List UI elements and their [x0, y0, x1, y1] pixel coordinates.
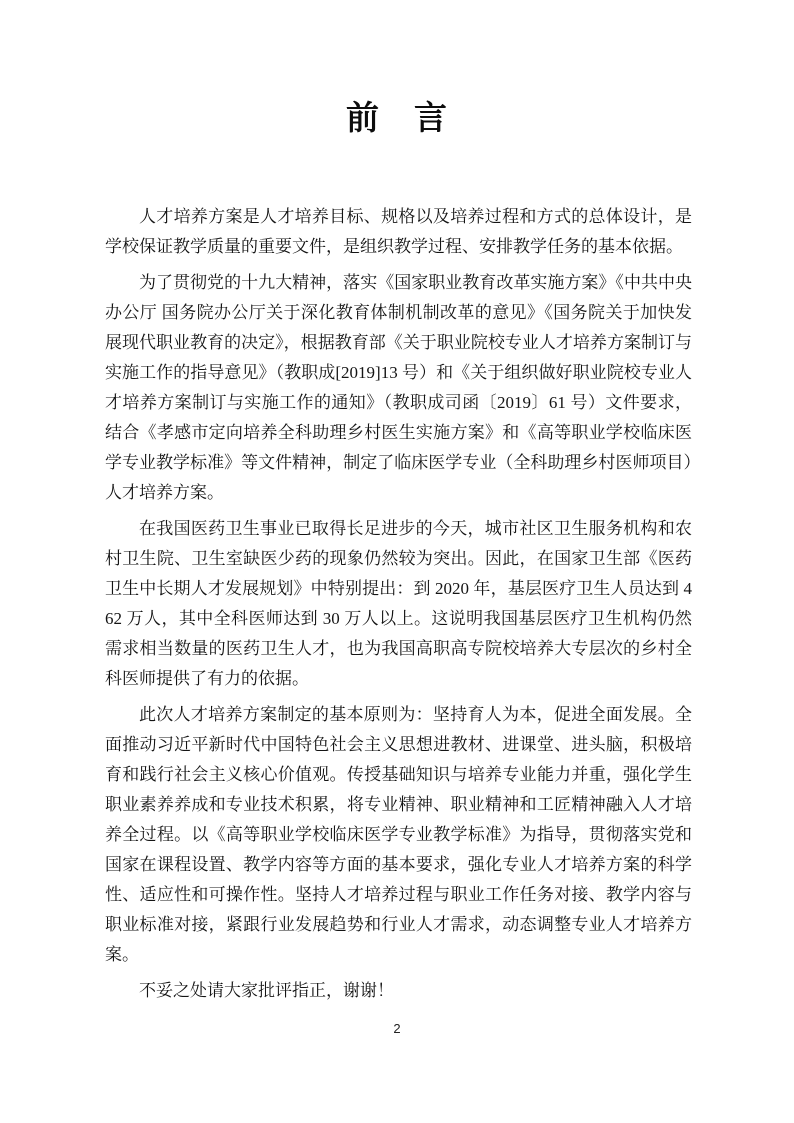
document-page: 前 言 人才培养方案是人才培养目标、规格以及培养过程和方式的总体设计，是学校保证… [0, 0, 794, 1123]
paragraph-intro: 人才培养方案是人才培养目标、规格以及培养过程和方式的总体设计，是学校保证教学质量… [105, 202, 692, 262]
paragraph-closing: 不妥之处请大家批评指正，谢谢！ [105, 976, 692, 1006]
document-body: 人才培养方案是人才培养目标、规格以及培养过程和方式的总体设计，是学校保证教学质量… [0, 202, 794, 1006]
paragraph-policy-basis: 为了贯彻党的十九大精神，落实《国家职业教育改革实施方案》《中共中央办公厅 国务院… [105, 268, 692, 508]
page-title: 前 言 [0, 0, 794, 140]
paragraph-principles: 此次人才培养方案制定的基本原则为：坚持育人为本，促进全面发展。全面推动习近平新时… [105, 700, 692, 970]
page-footer: 2 [0, 1020, 794, 1038]
paragraph-health-context: 在我国医药卫生事业已取得长足进步的今天，城市社区卫生服务机构和农村卫生院、卫生室… [105, 514, 692, 694]
page-number: 2 [393, 1021, 400, 1036]
